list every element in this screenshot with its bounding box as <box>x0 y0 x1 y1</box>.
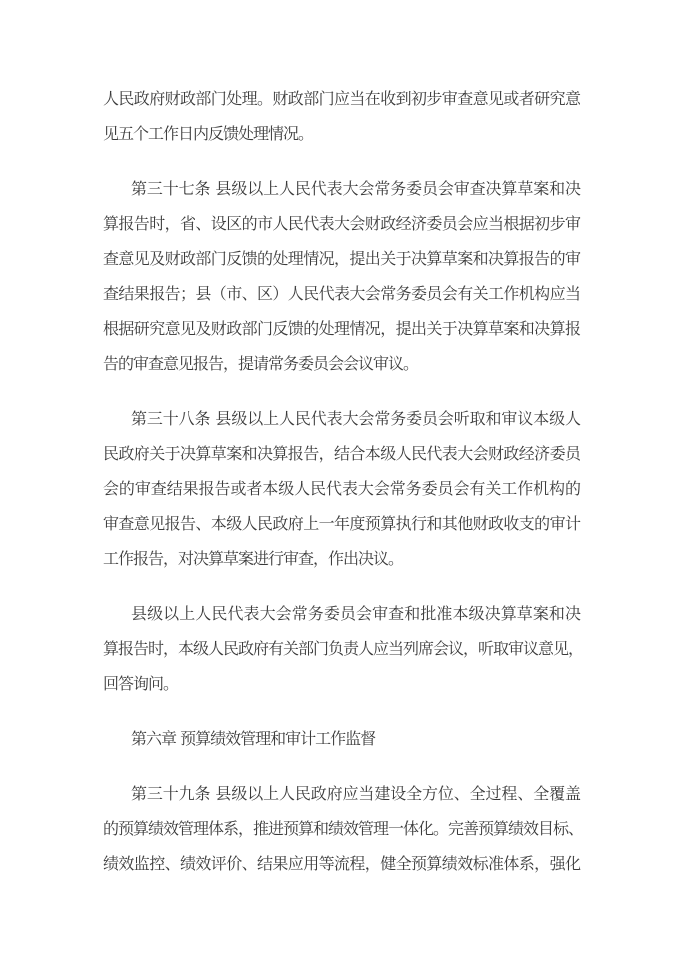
text-line: 第六章 预算绩效管理和审计工作监督 <box>103 721 580 756</box>
text-line: 工作报告，对决算草案进行审查，作出决议。 <box>103 541 580 576</box>
text-line: 告的审查意见报告，提请常务委员会会议审议。 <box>103 346 580 381</box>
text-line: 民政府关于决算草案和决算报告，结合本级人民代表大会财政经济委员 <box>103 436 580 471</box>
text-line: 县级以上人民代表大会常务委员会审查和批准本级决算草案和决 <box>103 596 580 631</box>
text-line: 第三十七条 县级以上人民代表大会常务委员会审查决算草案和决 <box>103 171 580 206</box>
text-line: 根据研究意见及财政部门反馈的处理情况，提出关于决算草案和决算报 <box>103 311 580 346</box>
article-body: 人民政府财政部门处理。财政部门应当在收到初步审查意见或者研究意见五个工作日内反馈… <box>103 81 580 881</box>
text-line: 会的审查结果报告或者本级人民代表大会常务委员会有关工作机构的 <box>103 471 580 506</box>
body-paragraph: 人民政府财政部门处理。财政部门应当在收到初步审查意见或者研究意见五个工作日内反馈… <box>103 81 580 151</box>
chapter-heading: 第六章 预算绩效管理和审计工作监督 <box>103 721 580 756</box>
text-line: 查结果报告；县（市、区）人民代表大会常务委员会有关工作机构应当 <box>103 276 580 311</box>
document-page: 人民政府财政部门处理。财政部门应当在收到初步审查意见或者研究意见五个工作日内反馈… <box>0 0 680 961</box>
text-line: 绩效监控、绩效评价、结果应用等流程，健全预算绩效标准体系，强化 <box>103 846 580 881</box>
text-line: 审查意见报告、本级人民政府上一年度预算执行和其他财政收支的审计 <box>103 506 580 541</box>
text-line: 算报告时，省、设区的市人民代表大会财政经济委员会应当根据初步审 <box>103 206 580 241</box>
text-line: 的预算绩效管理体系，推进预算和绩效管理一体化。完善预算绩效目标、 <box>103 811 580 846</box>
body-paragraph: 县级以上人民代表大会常务委员会审查和批准本级决算草案和决算报告时，本级人民政府有… <box>103 596 580 701</box>
text-line: 第三十九条 县级以上人民政府应当建设全方位、全过程、全覆盖 <box>103 776 580 811</box>
body-paragraph: 第三十七条 县级以上人民代表大会常务委员会审查决算草案和决算报告时，省、设区的市… <box>103 171 580 381</box>
body-paragraph: 第三十八条 县级以上人民代表大会常务委员会听取和审议本级人民政府关于决算草案和决… <box>103 401 580 576</box>
text-line: 见五个工作日内反馈处理情况。 <box>103 116 580 151</box>
text-line: 算报告时，本级人民政府有关部门负责人应当列席会议，听取审议意见， <box>103 631 580 666</box>
text-line: 第三十八条 县级以上人民代表大会常务委员会听取和审议本级人 <box>103 401 580 436</box>
text-line: 回答询问。 <box>103 666 580 701</box>
body-paragraph: 第三十九条 县级以上人民政府应当建设全方位、全过程、全覆盖的预算绩效管理体系，推… <box>103 776 580 881</box>
text-line: 查意见及财政部门反馈的处理情况，提出关于决算草案和决算报告的审 <box>103 241 580 276</box>
text-line: 人民政府财政部门处理。财政部门应当在收到初步审查意见或者研究意 <box>103 81 580 116</box>
